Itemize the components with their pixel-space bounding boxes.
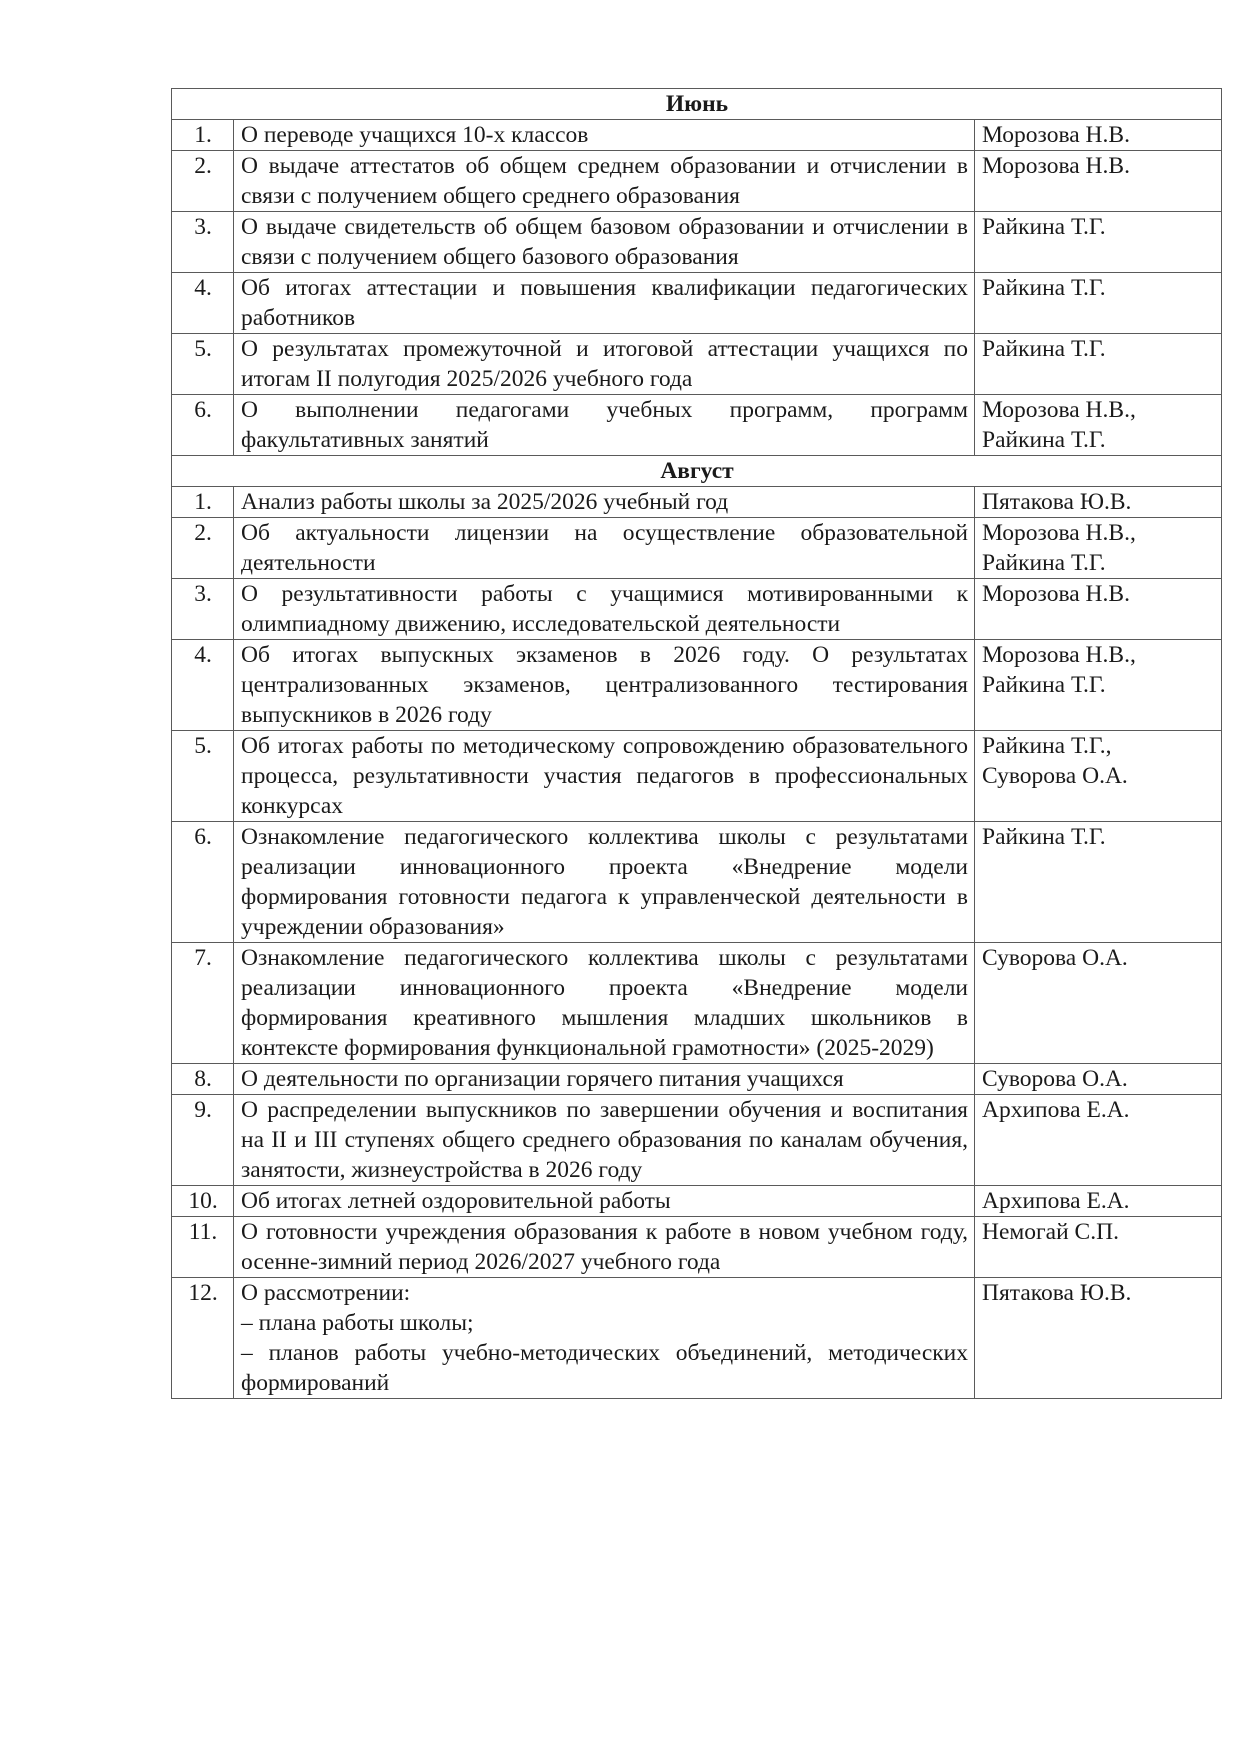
item-responsible: Пятакова Ю.В. [975,1278,1222,1399]
item-topic: О результативности работы с учащимися мо… [234,579,975,640]
item-number: 4. [172,640,234,731]
table-row: 3.О выдаче свидетельств об общем базовом… [172,212,1222,273]
item-responsible: Райкина Т.Г. [975,273,1222,334]
item-responsible: Морозова Н.В., Райкина Т.Г. [975,640,1222,731]
item-number: 4. [172,273,234,334]
item-responsible: Немогай С.П. [975,1217,1222,1278]
item-topic: Об итогах летней оздоровительной работы [234,1186,975,1217]
document-page: Июнь1.О переводе учащихся 10-х классовМо… [0,0,1240,1754]
item-number: 6. [172,822,234,943]
item-number: 5. [172,334,234,395]
table-row: 4.Об итогах выпускных экзаменов в 2026 г… [172,640,1222,731]
item-responsible: Архипова Е.А. [975,1186,1222,1217]
item-responsible: Морозова Н.В. [975,579,1222,640]
item-topic: О переводе учащихся 10-х классов [234,120,975,151]
table-row: 4.Об итогах аттестации и повышения квали… [172,273,1222,334]
month-header-row: Август [172,456,1222,487]
item-responsible: Морозова Н.В., Райкина Т.Г. [975,395,1222,456]
item-responsible: Суворова О.А. [975,1064,1222,1095]
item-number: 7. [172,943,234,1064]
topic-line: О рассмотрении: [241,1278,968,1308]
item-responsible: Райкина Т.Г. [975,822,1222,943]
item-topic: О деятельности по организации горячего п… [234,1064,975,1095]
item-number: 6. [172,395,234,456]
item-responsible: Пятакова Ю.В. [975,487,1222,518]
table-row: 5.О результатах промежуточной и итоговой… [172,334,1222,395]
item-topic: О результатах промежуточной и итоговой а… [234,334,975,395]
item-responsible: Морозова Н.В. [975,151,1222,212]
table-row: 2.О выдаче аттестатов об общем среднем о… [172,151,1222,212]
month-header-row: Июнь [172,89,1222,120]
topic-line: – планов работы учебно-методических объе… [241,1338,968,1398]
table-row: 11.О готовности учреждения образования к… [172,1217,1222,1278]
item-responsible: Суворова О.А. [975,943,1222,1064]
item-topic: Ознакомление педагогического коллектива … [234,943,975,1064]
table-row: 1.О переводе учащихся 10-х классовМорозо… [172,120,1222,151]
table-row: 8.О деятельности по организации горячего… [172,1064,1222,1095]
item-topic: О рассмотрении:– плана работы школы;– пл… [234,1278,975,1399]
item-responsible: Райкина Т.Г., Суворова О.А. [975,731,1222,822]
item-topic: О выдаче аттестатов об общем среднем обр… [234,151,975,212]
work-plan-body: Июнь1.О переводе учащихся 10-х классовМо… [172,89,1222,1399]
item-topic: Об итогах работы по методическому сопров… [234,731,975,822]
item-number: 2. [172,518,234,579]
table-row: 12.О рассмотрении:– плана работы школы;–… [172,1278,1222,1399]
item-number: 1. [172,120,234,151]
table-row: 5.Об итогах работы по методическому сопр… [172,731,1222,822]
table-row: 10.Об итогах летней оздоровительной рабо… [172,1186,1222,1217]
table-row: 6.О выполнении педагогами учебных програ… [172,395,1222,456]
table-row: 2.Об актуальности лицензии на осуществле… [172,518,1222,579]
table-row: 6.Ознакомление педагогического коллектив… [172,822,1222,943]
item-number: 3. [172,579,234,640]
item-number: 2. [172,151,234,212]
item-topic: Ознакомление педагогического коллектива … [234,822,975,943]
item-responsible: Морозова Н.В., Райкина Т.Г. [975,518,1222,579]
topic-line: – плана работы школы; [241,1308,968,1338]
item-number: 3. [172,212,234,273]
item-topic: Об итогах выпускных экзаменов в 2026 год… [234,640,975,731]
item-number: 10. [172,1186,234,1217]
item-topic: О готовности учреждения образования к ра… [234,1217,975,1278]
month-heading: Июнь [172,89,1222,120]
item-responsible: Архипова Е.А. [975,1095,1222,1186]
item-topic: О выполнении педагогами учебных программ… [234,395,975,456]
item-number: 12. [172,1278,234,1399]
item-topic: О выдаче свидетельств об общем базовом о… [234,212,975,273]
item-number: 1. [172,487,234,518]
table-row: 9.О распределении выпускников по заверше… [172,1095,1222,1186]
item-topic: Об актуальности лицензии на осуществлени… [234,518,975,579]
table-row: 7.Ознакомление педагогического коллектив… [172,943,1222,1064]
item-number: 9. [172,1095,234,1186]
item-topic: Анализ работы школы за 2025/2026 учебный… [234,487,975,518]
item-topic: О распределении выпускников по завершени… [234,1095,975,1186]
table-row: 3.О результативности работы с учащимися … [172,579,1222,640]
item-responsible: Морозова Н.В. [975,120,1222,151]
item-responsible: Райкина Т.Г. [975,212,1222,273]
item-number: 11. [172,1217,234,1278]
work-plan-table: Июнь1.О переводе учащихся 10-х классовМо… [171,88,1222,1399]
item-responsible: Райкина Т.Г. [975,334,1222,395]
item-number: 5. [172,731,234,822]
month-heading: Август [172,456,1222,487]
item-topic: Об итогах аттестации и повышения квалифи… [234,273,975,334]
item-number: 8. [172,1064,234,1095]
table-row: 1.Анализ работы школы за 2025/2026 учебн… [172,487,1222,518]
